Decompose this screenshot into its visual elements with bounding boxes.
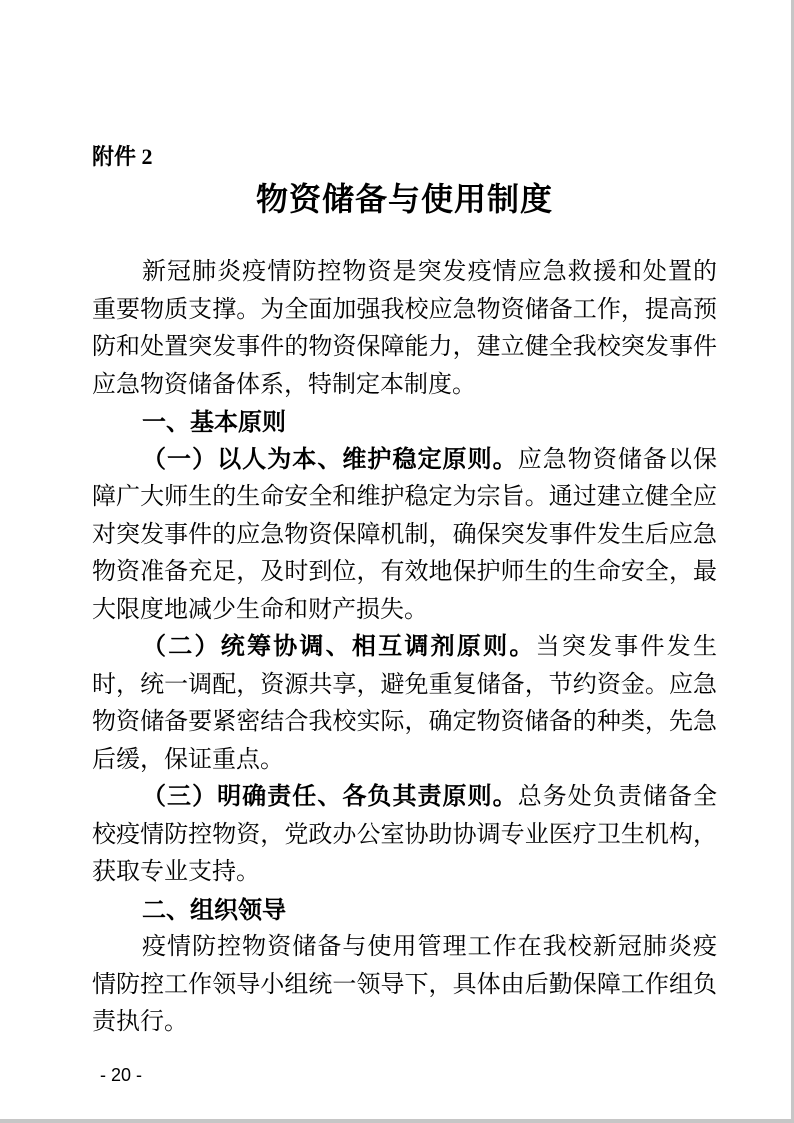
principle-2-lead: （二）统筹协调、相互调剂原则。 — [142, 634, 536, 660]
principle-paragraph-1: （一）以人为本、维护稳定原则。应急物资储备以保障广大师生的生命安全和维护稳定为宗… — [92, 442, 717, 630]
principle-1-lead: （一）以人为本、维护稳定原则。 — [142, 447, 518, 473]
attachment-label: 附件 2 — [92, 143, 717, 171]
document-title: 物资储备与使用制度 — [92, 177, 717, 221]
organization-paragraph: 疫情防控物资储备与使用管理工作在我校新冠肺炎疫情防控工作领导小组统一领导下，具体… — [92, 929, 717, 1042]
page-number: - 20 - — [100, 1064, 142, 1086]
document-page: 附件 2 物资储备与使用制度 新冠肺炎疫情防控物资是突发疫情应急救援和处置的重要… — [0, 0, 794, 1123]
principle-paragraph-3: （三）明确责任、各负其责原则。总务处负责储备全校疫情防控物资，党政办公室协助协调… — [92, 779, 717, 892]
section-heading-organization-leadership: 二、组织领导 — [92, 892, 717, 930]
principle-paragraph-2: （二）统筹协调、相互调剂原则。当突发事件发生时，统一调配，资源共享，避免重复储备… — [92, 629, 717, 779]
principle-3-lead: （三）明确责任、各负其责原则。 — [142, 784, 518, 810]
section-heading-basic-principles: 一、基本原则 — [92, 404, 717, 442]
intro-paragraph: 新冠肺炎疫情防控物资是突发疫情应急救援和处置的重要物质支撑。为全面加强我校应急物… — [92, 254, 717, 404]
document-content: 附件 2 物资储备与使用制度 新冠肺炎疫情防控物资是突发疫情应急救援和处置的重要… — [92, 143, 717, 1042]
